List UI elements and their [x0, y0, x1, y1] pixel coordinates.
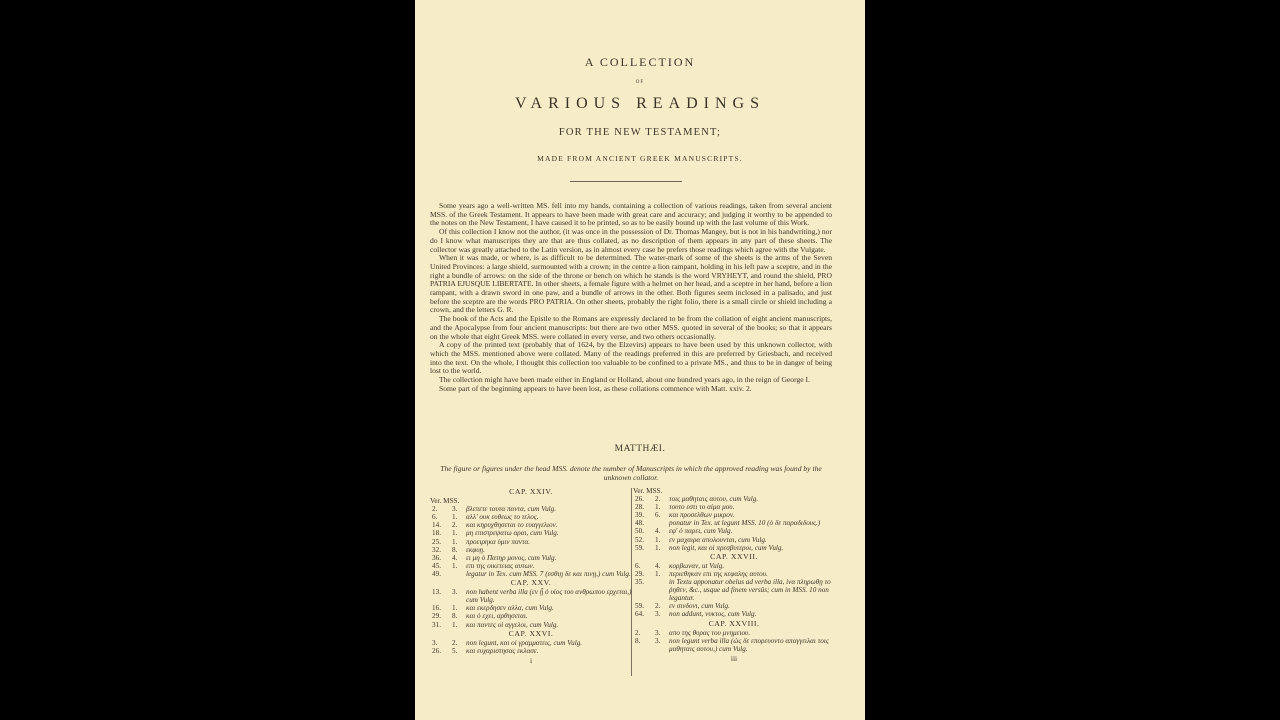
reading-text: non legunt, και οἱ γραμματεις, cum Vulg. — [466, 639, 632, 647]
intro-paragraph: Some years ago a well-written MS. fell i… — [430, 202, 832, 228]
verse-number: 14. — [430, 521, 452, 529]
reading-row: 25.1.προειρηκα ὑμιν παντα. — [430, 538, 632, 546]
chapter-heading: CAP. XXV. — [430, 579, 632, 587]
reading-row: 8.3.non legunt verba illa (ὡς δε επορευο… — [633, 637, 835, 653]
reading-row: 29.8.και ὁ εχει, αρθησεται. — [430, 612, 632, 620]
mss-count: 1. — [452, 604, 466, 612]
reading-text: κορβωναν, ut Vulg. — [669, 562, 835, 570]
mss-count: 1. — [452, 621, 466, 629]
reading-text: ponatur in Tex. ut legunt MSS. 10 (ὁ δε … — [669, 519, 835, 527]
chapter-24-list: 2.3.βλεπετε ταυτα παντα, cum Vulg.6.1.αλ… — [430, 505, 632, 578]
mss-count: 1. — [452, 562, 466, 570]
reading-row: 64.3.non addunt, νυκτος, cum Vulg. — [633, 610, 835, 618]
mss-count: 1. — [655, 503, 669, 511]
chapter-25-list: 13.3.non habent verba illa (εν ᾗ ὁ υἱος … — [430, 588, 632, 628]
chapter-heading: CAP. XXVIII. — [633, 620, 835, 628]
verse-number: 50. — [633, 527, 655, 535]
reading-text: και ὁ εχει, αρθησεται. — [466, 612, 632, 620]
reading-text: και προσελθων μικρον. — [669, 511, 835, 519]
verse-number: 13. — [430, 588, 452, 604]
chapter-27-list: 6.4.κορβωναν, ut Vulg.29.1.περιεθηκαν επ… — [633, 562, 835, 619]
mss-count: 1. — [655, 536, 669, 544]
mss-count: 3. — [452, 505, 466, 513]
reading-text: εν σινδονι, cum Vulg. — [669, 602, 835, 610]
reading-text: in Textu apponatur obelus ad verba illa,… — [669, 578, 835, 602]
reading-text: απο της θυρας του μνημειου. — [669, 629, 835, 637]
verse-number: 45. — [430, 562, 452, 570]
reading-row: 32.8.εκφυῃ. — [430, 546, 632, 554]
reading-row: 18.1.μη επιστρεψατω αραι, cum Vulg. — [430, 529, 632, 537]
verse-number: 52. — [633, 536, 655, 544]
reading-text: τουτο εστι το αἱμα μου. — [669, 503, 835, 511]
verse-number: 31. — [430, 621, 452, 629]
reading-row: 28.1.τουτο εστι το αἱμα μου. — [633, 503, 835, 511]
mss-count: 2. — [655, 602, 669, 610]
chapter-26-cont-list: 26.2.τοις μαθηταις αυτου, cum Vulg.28.1.… — [633, 495, 835, 552]
intro-paragraph: Of this collection I know not the author… — [430, 228, 832, 254]
left-column: CAP. XXIV. Ver. MSS. 2.3.βλεπετε ταυτα π… — [430, 487, 632, 665]
chapter-heading: CAP. XXVII. — [633, 553, 835, 561]
reading-row: 26.2.τοις μαθηταις αυτου, cum Vulg. — [633, 495, 835, 503]
column-header: Ver. MSS. — [430, 497, 632, 505]
verse-number: 28. — [633, 503, 655, 511]
reading-text: non legunt verba illa (ὡς δε επορευοντο … — [669, 637, 835, 653]
reading-row: 13.3.non habent verba illa (εν ᾗ ὁ υἱος … — [430, 588, 632, 604]
reading-text: non habent verba illa (εν ᾗ ὁ υἱος του α… — [466, 588, 632, 604]
reading-row: 6.1.αλλ' ουκ ευθεως το τελος. — [430, 513, 632, 521]
verse-number: 25. — [430, 538, 452, 546]
reading-row: 48.ponatur in Tex. ut legunt MSS. 10 (ὁ … — [633, 519, 835, 527]
reading-row: 14.2.και κηρυχθησεται το ευαγγελιον. — [430, 521, 632, 529]
introduction: Some years ago a well-written MS. fell i… — [430, 202, 832, 393]
verse-number: 48. — [633, 519, 655, 527]
section-title: MATTHÆI. — [415, 444, 865, 454]
mss-count: 5. — [452, 647, 466, 655]
verse-number: 2. — [633, 629, 655, 637]
mss-count: 8. — [452, 546, 466, 554]
reading-row: 31.1.και παντες οἱ αγγελοι, cum Vulg. — [430, 621, 632, 629]
intro-paragraph: The book of the Acts and the Epistle to … — [430, 315, 832, 341]
title-divider — [570, 181, 682, 182]
mss-count: 2. — [655, 495, 669, 503]
reading-text: ει μη ὁ Πατηρ μονος, cum Vulg. — [466, 554, 632, 562]
mss-count — [655, 519, 669, 527]
mss-count: 1. — [655, 570, 669, 578]
chapter-heading: CAP. XXIV. — [430, 488, 632, 496]
title-main: VARIOUS READINGS — [415, 95, 865, 113]
reading-row: 50.4.εφ' ὁ παρει, cum Vulg. — [633, 527, 835, 535]
mss-count: 3. — [655, 610, 669, 618]
reading-row: 3.2.non legunt, και οἱ γραμματεις, cum V… — [430, 639, 632, 647]
reading-row: 36.4.ει μη ὁ Πατηρ μονος, cum Vulg. — [430, 554, 632, 562]
mss-count: 4. — [655, 562, 669, 570]
mss-count: 1. — [452, 538, 466, 546]
mss-count: 4. — [655, 527, 669, 535]
intro-paragraph: When it was made, or where, is as diffic… — [430, 254, 832, 315]
verse-number: 36. — [430, 554, 452, 562]
mss-count: 4. — [452, 554, 466, 562]
verse-number: 6. — [633, 562, 655, 570]
reading-row: 59.1.non legit, και οἱ πρεσβυτεροι, cum … — [633, 544, 835, 552]
document-page: A COLLECTION OF VARIOUS READINGS FOR THE… — [415, 0, 865, 720]
mss-count: 6. — [655, 511, 669, 519]
reading-row: 59.2.εν σινδονι, cum Vulg. — [633, 602, 835, 610]
reading-row: 6.4.κορβωναν, ut Vulg. — [633, 562, 835, 570]
mss-count: 1. — [452, 513, 466, 521]
reading-text: και εκερδησεν αλλα, cum Vulg. — [466, 604, 632, 612]
verse-number: 59. — [633, 544, 655, 552]
verse-number: 26. — [430, 647, 452, 655]
mss-count: 1. — [655, 544, 669, 552]
title-line-1: A COLLECTION — [415, 55, 865, 70]
reading-text: επι της οικετειας αυτων. — [466, 562, 632, 570]
mss-count: 3. — [452, 588, 466, 604]
verse-number: 29. — [430, 612, 452, 620]
reading-row: 49.legatur in Tex. cum MSS. 7 (εσθιῃ δε … — [430, 570, 632, 578]
verse-number: 2. — [430, 505, 452, 513]
mss-count: 2. — [452, 639, 466, 647]
reading-row: 2.3.βλεπετε ταυτα παντα, cum Vulg. — [430, 505, 632, 513]
reading-row: 45.1.επι της οικετειας αυτων. — [430, 562, 632, 570]
verse-number: 26. — [633, 495, 655, 503]
mss-count — [452, 570, 466, 578]
reading-row: 52.1.εν μαχαιρα απολουνται, cum Vulg. — [633, 536, 835, 544]
reading-row: 35.in Textu apponatur obelus ad verba il… — [633, 578, 835, 602]
verse-number: 29. — [633, 570, 655, 578]
reading-text: και ευχαριστησας εκλασε. — [466, 647, 632, 655]
title-of: OF — [415, 80, 865, 85]
verse-number: 49. — [430, 570, 452, 578]
reading-row: 39.6.και προσελθων μικρον. — [633, 511, 835, 519]
mss-count: 2. — [452, 521, 466, 529]
column-header: Ver. MSS. — [633, 487, 835, 495]
verse-number: 8. — [633, 637, 655, 653]
chapter-26-list: 3.2.non legunt, και οἱ γραμματεις, cum V… — [430, 639, 632, 655]
intro-paragraph: A copy of the printed text (probably tha… — [430, 341, 832, 376]
mss-count: 3. — [655, 637, 669, 653]
reading-row: 26.5.και ευχαριστησας εκλασε. — [430, 647, 632, 655]
reading-text: εν μαχαιρα απολουνται, cum Vulg. — [669, 536, 835, 544]
reading-row: 29.1.περιεθηκαν επι της κεφαλης αυτου. — [633, 570, 835, 578]
section-note: The figure or figures under the head MSS… — [430, 464, 832, 482]
verse-number: 16. — [430, 604, 452, 612]
reading-text: βλεπετε ταυτα παντα, cum Vulg. — [466, 505, 632, 513]
page-number: iii — [633, 655, 835, 663]
verse-number: 32. — [430, 546, 452, 554]
title-subline: MADE FROM ANCIENT GREEK MANUSCRIPTS. — [415, 154, 865, 163]
intro-paragraph: Some part of the beginning appears to ha… — [430, 385, 832, 394]
reading-text: legatur in Tex. cum MSS. 7 (εσθιῃ δε και… — [466, 570, 632, 578]
reading-text: εφ' ὁ παρει, cum Vulg. — [669, 527, 835, 535]
verse-number: 6. — [430, 513, 452, 521]
mss-count: 1. — [452, 529, 466, 537]
verse-number: 3. — [430, 639, 452, 647]
chapter-28-list: 2.3.απο της θυρας του μνημειου.8.3.non l… — [633, 629, 835, 653]
reading-row: 2.3.απο της θυρας του μνημειου. — [633, 629, 835, 637]
verse-number: 64. — [633, 610, 655, 618]
mss-count: 3. — [655, 629, 669, 637]
reading-text: εκφυῃ. — [466, 546, 632, 554]
reading-text: μη επιστρεψατω αραι, cum Vulg. — [466, 529, 632, 537]
right-column: Ver. MSS. 26.2.τοις μαθηταις αυτου, cum … — [633, 487, 835, 663]
verse-number: 18. — [430, 529, 452, 537]
mss-count — [655, 578, 669, 602]
reading-text: non addunt, νυκτος, cum Vulg. — [669, 610, 835, 618]
reading-text: και κηρυχθησεται το ευαγγελιον. — [466, 521, 632, 529]
reading-text: τοις μαθηταις αυτου, cum Vulg. — [669, 495, 835, 503]
reading-text: περιεθηκαν επι της κεφαλης αυτου. — [669, 570, 835, 578]
verse-number: 39. — [633, 511, 655, 519]
reading-text: non legit, και οἱ πρεσβυτεροι, cum Vulg. — [669, 544, 835, 552]
page-number: i — [430, 657, 632, 665]
mss-count: 8. — [452, 612, 466, 620]
verse-number: 35. — [633, 578, 655, 602]
reading-text: αλλ' ουκ ευθεως το τελος. — [466, 513, 632, 521]
reading-text: προειρηκα ὑμιν παντα. — [466, 538, 632, 546]
verse-number: 59. — [633, 602, 655, 610]
reading-row: 16.1.και εκερδησεν αλλα, cum Vulg. — [430, 604, 632, 612]
chapter-heading: CAP. XXVI. — [430, 630, 632, 638]
reading-text: και παντες οἱ αγγελοι, cum Vulg. — [466, 621, 632, 629]
title-subtitle: FOR THE NEW TESTAMENT; — [415, 127, 865, 138]
